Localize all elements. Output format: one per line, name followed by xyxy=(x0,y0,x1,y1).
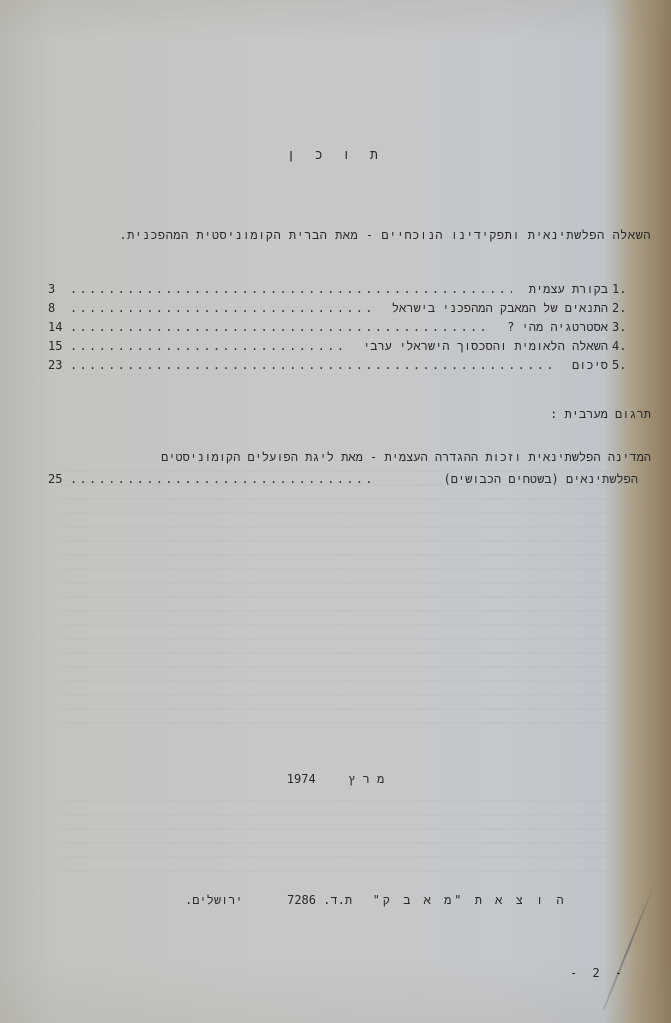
bleed-through-text-lower xyxy=(60,800,611,880)
toc-entry-number: 4. xyxy=(612,339,638,353)
translation-entry-line1: המדינה הפלשתינאית וזכות ההגדרה העצמית - … xyxy=(161,450,651,465)
po-box-number: 7286 xyxy=(287,893,316,907)
date-month: מ ר ץ xyxy=(348,772,384,786)
toc-entry-page: 15 xyxy=(48,339,68,353)
toc-entry-title: סיכום xyxy=(572,358,608,373)
leader-dots: ........................................… xyxy=(70,320,490,334)
toc-entry-page: 3 xyxy=(48,282,68,296)
publisher-city: ירושלים. xyxy=(185,893,243,907)
toc-entry-number: 3. xyxy=(612,320,638,334)
toc-entry-title: אסטרטגיה מהי ? xyxy=(507,320,608,335)
toc-entry-title: בקורת עצמית xyxy=(529,282,608,297)
leader-dots: ........................................… xyxy=(70,339,344,353)
toc-entry-page: 14 xyxy=(48,320,68,334)
publication-date: 1974 מ ר ץ xyxy=(0,772,671,787)
toc-entry-number: 2. xyxy=(612,301,638,315)
leader-dots: ........................................… xyxy=(70,472,370,486)
leader-dots: ........................................… xyxy=(70,358,556,372)
toc-entry: 2.התנאים של המאבק המהפכני בישראל........… xyxy=(48,301,638,317)
toc-entry-title: התנאים של המאבק המהפכני בישראל xyxy=(392,301,608,316)
leader-dots: ........................................… xyxy=(70,301,373,315)
date-year: 1974 xyxy=(287,772,316,786)
toc-title: ת ו כ ן xyxy=(0,148,671,163)
translation-entry-page: 25 xyxy=(48,472,68,486)
translation-entry-text: הפלשתינאים (בשטחים הכבושים) xyxy=(443,472,638,487)
page-crease xyxy=(603,880,657,1011)
toc-entry-page: 23 xyxy=(48,358,68,372)
toc-entry-number: 1. xyxy=(612,282,638,296)
toc-entry: 5.סיכום.................................… xyxy=(48,358,638,374)
publisher-line: ירושלים. 7286 ת.ד. ה ו צ א ת "מ א ב ק" xyxy=(185,893,567,908)
main-heading: השאלה הפלשתינאית ותפקידינו הנוכחיים - מא… xyxy=(119,228,651,243)
toc-entry-title: השאלה הלאומית והסכסוך הישראלי ערבי xyxy=(363,339,608,354)
po-box-label: ת.ד. xyxy=(323,893,352,907)
translation-section-title: תרגום מערבית : xyxy=(550,407,651,422)
page-number: - 2 - xyxy=(570,966,626,980)
toc-entry-number: 5. xyxy=(612,358,638,372)
toc-entry: 1.בקורת עצמית...........................… xyxy=(48,282,638,298)
publisher-name: ה ו צ א ת "מ א ב ק" xyxy=(373,893,567,907)
toc-entry: 3.אסטרטגיה מהי ?........................… xyxy=(48,320,638,336)
translation-entry-line2: הפלשתינאים (בשטחים הכבושים) ............… xyxy=(48,472,638,488)
leader-dots: ........................................… xyxy=(70,282,512,296)
toc-entry-page: 8 xyxy=(48,301,68,315)
toc-entry: 4.השאלה הלאומית והסכסוך הישראלי ערבי....… xyxy=(48,339,638,355)
bleed-through-text xyxy=(60,470,611,730)
